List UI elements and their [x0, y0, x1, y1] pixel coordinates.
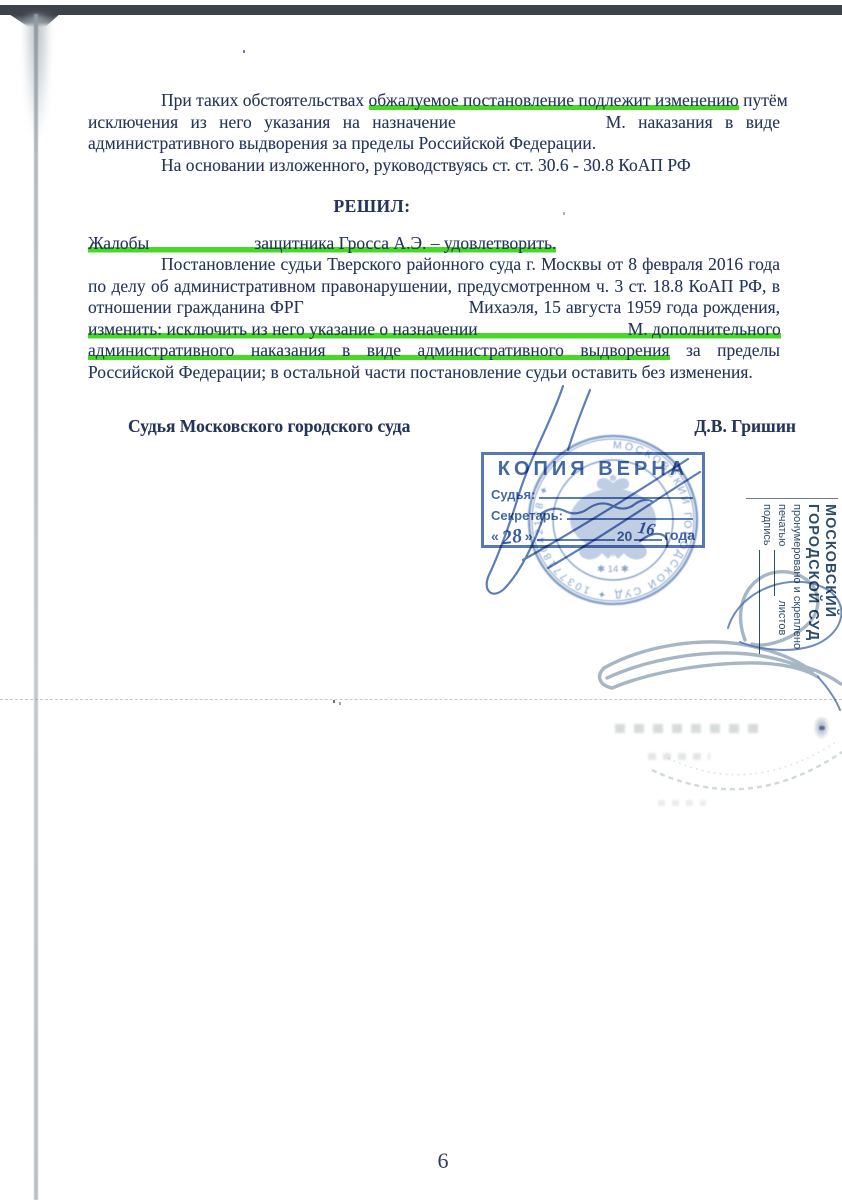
text-line: Российской Федерации; в остальной части … [88, 362, 780, 384]
document-body: При таких обстоятельствах обжалуемое пос… [88, 90, 780, 438]
handwritten-day: 28 [501, 529, 523, 546]
svg-text:✱ 14 ✱: ✱ 14 ✱ [597, 564, 629, 575]
scan-dotted-line [0, 699, 842, 700]
bleed-through-smudge [615, 724, 760, 733]
binding-stamp-sheets-field: печатьюлистов [774, 504, 789, 710]
blank-line [759, 550, 771, 654]
stamp-title: КОПИЯ ВЕРНА [491, 457, 695, 481]
blank-line [774, 550, 786, 596]
binding-stamp-signature-field: подпись [759, 504, 774, 710]
bleed-through-smudge [648, 753, 710, 760]
judge-name: Д.В. Гришин [694, 416, 796, 438]
highlight-underline: изменить: исключить из него указание о н… [88, 319, 781, 339]
scan-specks [243, 50, 245, 53]
binding-stamp: МОСКОВСКИЙ ГОРОДСКОЙ СУД пронумеровано и… [746, 498, 838, 710]
blank-line [537, 525, 615, 541]
bleed-through-smudge [658, 800, 706, 806]
highlight-underline: обжалуемое постановление подлежит измене… [369, 90, 739, 110]
text-line: административного выдворения за пределы … [88, 133, 780, 155]
text-line: по делу об административном правонарушен… [88, 276, 780, 298]
text-line: исключения из него указания на назначени… [88, 112, 780, 134]
blank-line [567, 504, 693, 520]
faint-seal-arc [652, 742, 842, 789]
text-line: На основании изложенного, руководствуясь… [88, 155, 780, 177]
blank-line [539, 483, 693, 499]
ink-blob [813, 717, 830, 740]
page-number: 6 [428, 1148, 458, 1174]
text-line: административного наказания в виде админ… [88, 340, 780, 362]
text-line: изменить: исключить из него указание о н… [88, 319, 780, 341]
text-line: Жалобызащитника Гросса А.Э. – удовлетвор… [88, 233, 780, 255]
decision-heading: РЕШИЛ: [26, 196, 718, 218]
text-line: При таких обстоятельствах обжалуемое пос… [88, 90, 780, 112]
stamp-date-field: « 28 » 20 16 года [491, 523, 695, 544]
scanned-court-document-page: При таких обстоятельствах обжалуемое пос… [0, 0, 842, 1200]
binding-stamp-court-line2: ГОРОДСКОЙ СУД [804, 504, 821, 710]
text-line: Постановление судьи Тверского районного … [88, 254, 780, 276]
page-fold-line [34, 14, 38, 1200]
scan-top-edge [0, 5, 842, 15]
stamp-secretary-field: Секретарь: [491, 502, 695, 523]
stamp-judge-field: Судья: [491, 481, 695, 502]
binding-stamp-text: пронумеровано и скреплено [789, 504, 804, 710]
highlight-underline: административного наказания в виде админ… [88, 340, 670, 360]
blank-line: 16 [634, 525, 662, 541]
text-line: отношении гражданина ФРГМихаэля, 15 авгу… [88, 297, 780, 319]
binding-stamp-court-line1: МОСКОВСКИЙ [821, 504, 838, 710]
judge-title: Судья Московского городского суда [128, 416, 410, 438]
highlight-underline: Жалобызащитника Гросса А.Э. – удовлетвор… [88, 233, 556, 253]
handwritten-year: 16 [637, 518, 657, 541]
copy-verna-stamp: КОПИЯ ВЕРНА Судья: Секретарь: « 28 » 20 … [481, 452, 705, 548]
